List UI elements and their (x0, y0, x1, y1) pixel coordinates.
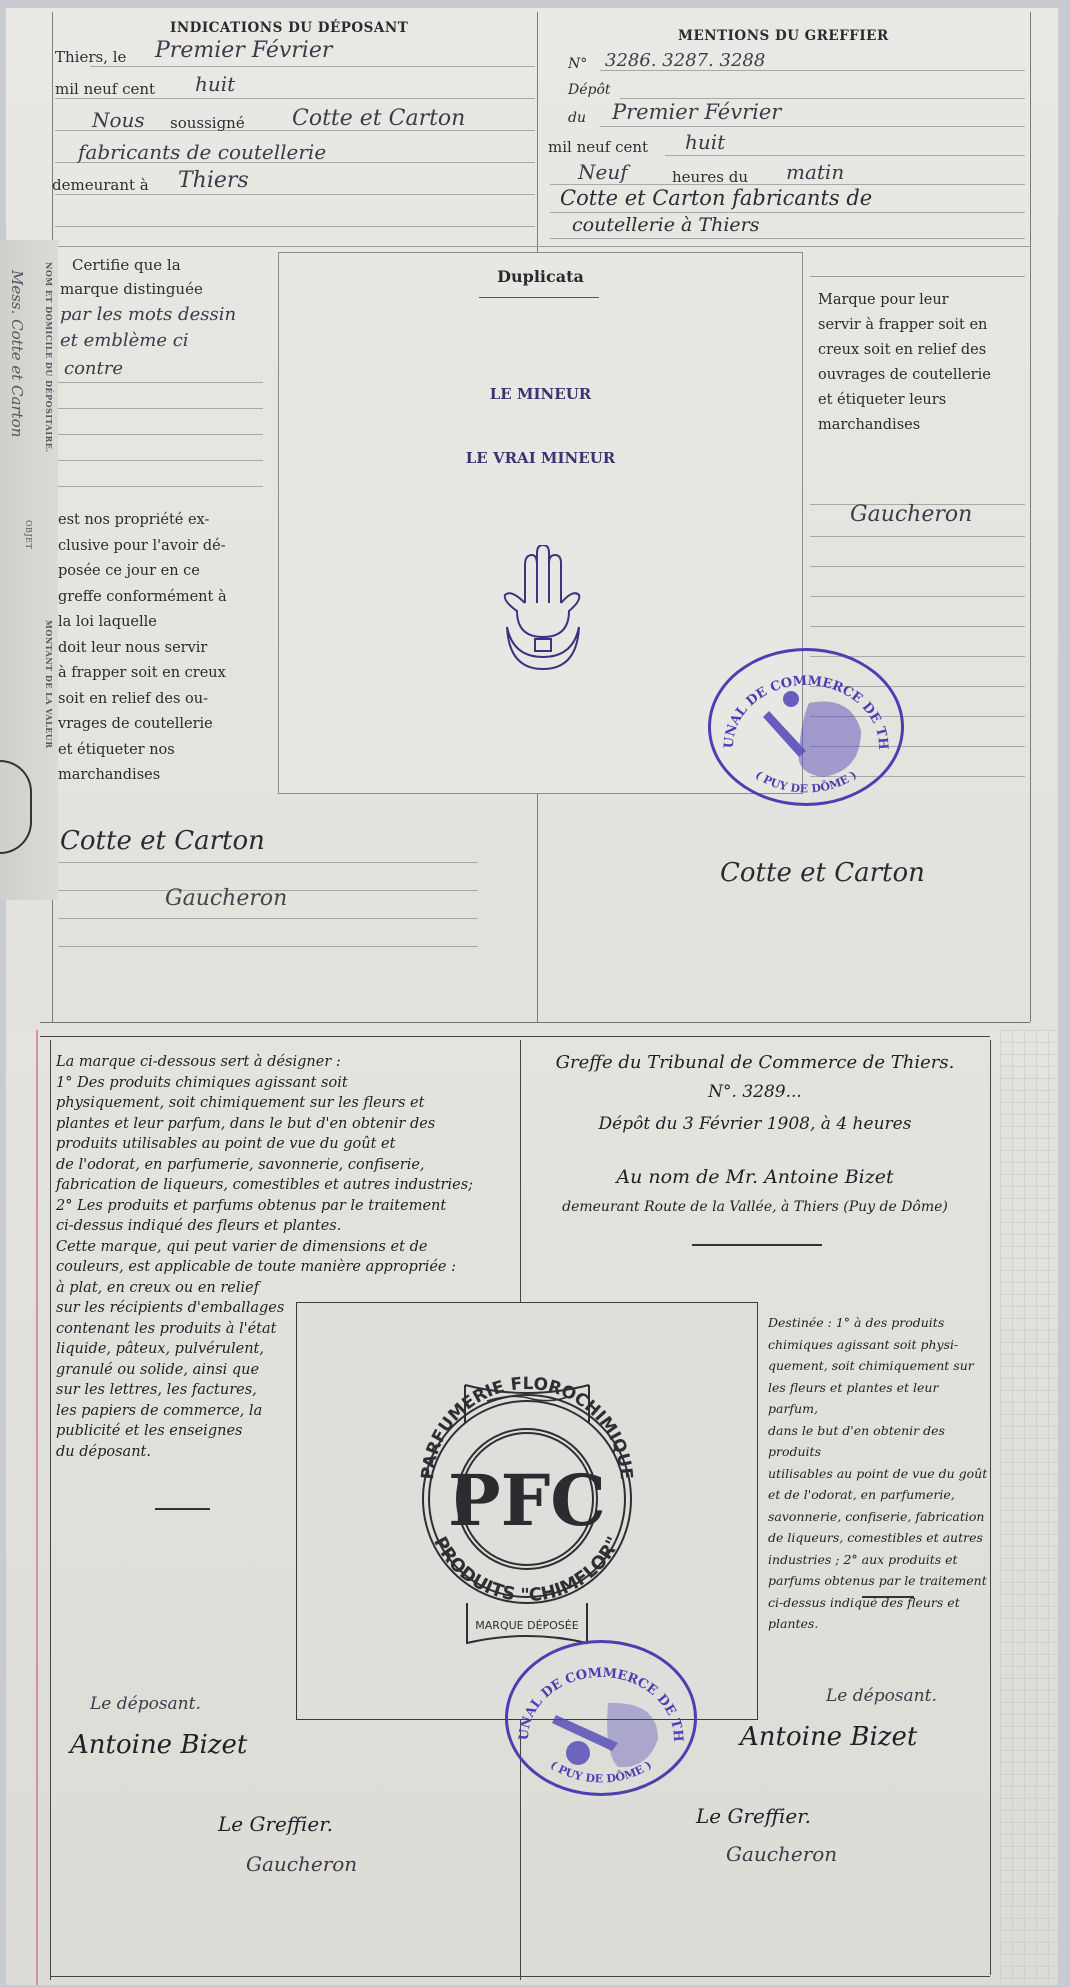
depot-label: Dépôt (568, 82, 611, 98)
right-desc-line: et étiqueter leurs (818, 388, 1028, 413)
pfc-monogram: PFC (448, 1459, 606, 1542)
bottom-right-text-line: chimiques agissant soit physi- (768, 1334, 988, 1356)
soussigne-prefix: Nous (92, 108, 145, 132)
bottom-left-text-line: La marque ci-dessous sert à désigner : (56, 1052, 524, 1073)
cert-body-line: soit en relief des ou- (58, 687, 268, 713)
svg-text:TRIBUNAL DE COMMERCE DE THIERS: TRIBUNAL DE COMMERCE DE THIERS (508, 1643, 685, 1742)
du-label: du (568, 110, 586, 126)
right-desc-line: marchandises (818, 413, 1028, 438)
greffier-applicant-line1: Cotte et Carton fabricants de (560, 186, 872, 210)
bottom-right-text-line: utilisables au point de vue du goût (768, 1463, 988, 1485)
marque-deposee-banner: MARQUE DÉPOSÉE (475, 1619, 578, 1632)
greffe-title: Greffe du Tribunal de Commerce de Thiers… (520, 1050, 990, 1076)
registration-numbers: 3286. 3287. 3288 (605, 50, 765, 71)
right-desc-line: creux soit en relief des (818, 338, 1028, 363)
bottom-left-text-line: de l'odorat, en parfumerie, savonnerie, … (56, 1155, 524, 1176)
year-value: huit (195, 72, 235, 96)
certification-body: est nos propriété ex-clusive pour l'avoi… (58, 508, 268, 789)
bottom-left-text-line: 2° Les produits et parfums obtenus par l… (56, 1196, 524, 1217)
bottom-right-text-line: et de l'odorat, en parfumerie, (768, 1484, 988, 1506)
right-greffier-name: Gaucheron (726, 1842, 837, 1866)
top-bottom-border (40, 1022, 1030, 1023)
address-value: Thiers (178, 168, 249, 193)
hamsa-hand-crescent-icon (487, 545, 597, 675)
left-greffier-name: Gaucheron (246, 1852, 357, 1876)
cert-line1: Certifie que la (72, 256, 181, 274)
bottom-left-text-line: à plat, en creux ou en relief (56, 1278, 524, 1299)
top-section-divider (52, 246, 1030, 247)
destination-text: Destinée : 1° à des produitschimiques ag… (768, 1312, 988, 1635)
address-label: demeurant à (52, 176, 149, 194)
greffier-year-value: huit (685, 130, 725, 154)
bottom-left-text-line: physiquement, soit chimiquement sur les … (56, 1093, 524, 1114)
greffier-applicant-line2: coutellerie à Thiers (572, 214, 759, 236)
left-deposant-label: Le déposant. (90, 1694, 201, 1714)
bottom-left-border (50, 1040, 51, 1980)
left-greffier-label: Le Greffier. (218, 1812, 333, 1836)
cert-body-line: la loi laquelle (58, 610, 268, 636)
greffe-rule (692, 1244, 822, 1246)
right-desc-line: ouvrages de coutellerie (818, 363, 1028, 388)
bottom-top-border (40, 1036, 990, 1037)
svg-text:( PUY DE DÔME ): ( PUY DE DÔME ) (753, 768, 859, 795)
greffe-name-line: Au nom de Mr. Antoine Bizet (520, 1164, 990, 1191)
tribunal-stamp-top: TRIBUNAL DE COMMERCE DE THIERS ( PUY DE … (708, 648, 904, 806)
hour-period: matin (786, 160, 844, 184)
right-desc-line: Marque pour leur (818, 288, 1028, 313)
bottom-right-text-line: ci-dessus indiqué des fleurs et (768, 1592, 988, 1614)
tribunal-stamp-bottom: TRIBUNAL DE COMMERCE DE THIERS ( PUY DE … (505, 1640, 697, 1796)
bottom-bottom-border (50, 1976, 990, 1977)
cert-body-line: vrages de coutellerie (58, 712, 268, 738)
bottom-right-border (990, 1040, 991, 1975)
side-vertical-text-top: NOM ET DOMICILE DU DÉPOSITAIRE. (44, 262, 54, 453)
left-greffier-signature: Gaucheron (165, 886, 287, 911)
bottom-left-text-line: plantes et leur parfum, dans le but d'en… (56, 1114, 524, 1135)
right-desc-line: servir à frapper soit en (818, 313, 1028, 338)
right-text-rule (862, 1596, 914, 1598)
bottom-right-text-line: quement, soit chimiquement sur (768, 1355, 988, 1377)
bottom-right-text-line: dans le but d'en obtenir des produits (768, 1420, 988, 1463)
bottom-right-text-line: parfums obtenus par le traitement (768, 1570, 988, 1592)
cert-line4: et emblème ci (60, 330, 189, 351)
top-right-border (1030, 12, 1031, 1022)
mark-line-2: LE VRAI MINEUR (279, 449, 802, 467)
bottom-right-text-line: industries ; 2° aux produits et (768, 1549, 988, 1571)
cert-body-line: clusive pour l'avoir dé- (58, 534, 268, 560)
duplicata-title: Duplicata (279, 267, 802, 286)
side-handwritten: Mess. Cotte et Carton (8, 270, 26, 437)
bottom-right-text-line: Destinée : 1° à des produits (768, 1312, 988, 1334)
right-greffier-signature: Gaucheron (850, 502, 972, 527)
cert-body-line: est nos propriété ex- (58, 508, 268, 534)
soussigne-value: Cotte et Carton (292, 106, 465, 131)
cert-body-line: doit leur nous servir (58, 636, 268, 662)
year-label: mil neuf cent (55, 80, 155, 98)
cert-line5: contre (64, 358, 123, 379)
greffier-year-label: mil neuf cent (548, 138, 648, 156)
bottom-left-text-line: couleurs, est applicable de toute manièr… (56, 1257, 524, 1278)
cert-body-line: à frapper soit en creux (58, 661, 268, 687)
objet-label: OBJET (24, 520, 33, 549)
right-deposant-name: Antoine Bizet (740, 1722, 917, 1752)
right-deposant-label: Le déposant. (826, 1686, 937, 1706)
greffe-depot-date: Dépôt du 3 Février 1908, à 4 heures (520, 1112, 990, 1136)
bottom-right-text-line: savonnerie, confiserie, fabrication (768, 1506, 988, 1528)
bottom-left-text-line: fabrication de liqueurs, comestibles et … (56, 1175, 524, 1196)
place-date-value: Premier Février (155, 38, 332, 63)
hour-value: Neuf (578, 160, 628, 184)
right-description: Marque pour leurservir à frapper soit en… (818, 288, 1028, 438)
cert-line3: par les mots dessin (60, 304, 236, 325)
greffe-number: N°. 3289... (520, 1080, 990, 1104)
bottom-left-text-line: Cette marque, qui peut varier de dimensi… (56, 1237, 524, 1258)
right-deposant-signature: Cotte et Carton (720, 858, 925, 888)
right-greffier-label: Le Greffier. (696, 1804, 811, 1828)
mark-line-1: LE MINEUR (279, 385, 802, 403)
hour-label: heures du (672, 168, 748, 186)
bottom-right-text-line: plantes. (768, 1613, 988, 1635)
margin-grid (1000, 1030, 1058, 1985)
cert-body-line: posée ce jour en ce (58, 559, 268, 585)
place-label: Thiers, le (55, 48, 126, 66)
soussigne-label: soussigné (170, 114, 245, 132)
bottom-right-text-line: les fleurs et plantes et leur parfum, (768, 1377, 988, 1420)
left-text-rule (155, 1508, 210, 1510)
greffe-address-line: demeurant Route de la Vallée, à Thiers (… (520, 1198, 990, 1218)
cert-body-line: greffe conformément à (58, 585, 268, 611)
profession-value: fabricants de coutellerie (78, 140, 326, 164)
bottom-right-text-line: de liqueurs, comestibles et autres (768, 1527, 988, 1549)
deposant-header: INDICATIONS DU DÉPOSANT (170, 20, 408, 36)
greffier-date-value: Premier Février (612, 100, 781, 124)
cert-body-line: et étiqueter nos (58, 738, 268, 764)
left-deposant-name: Antoine Bizet (70, 1730, 247, 1760)
side-vertical-text-bottom: MONTANT DE LA VALEUR (44, 620, 54, 749)
bottom-left-text-line: ci-dessus indiqué des fleurs et plantes. (56, 1216, 524, 1237)
number-label: N° (568, 56, 587, 72)
left-deposant-signature: Cotte et Carton (60, 826, 265, 856)
cert-body-line: marchandises (58, 763, 268, 789)
duplicata-rule (479, 297, 599, 298)
bottom-left-text-line: 1° Des produits chimiques agissant soit (56, 1073, 524, 1094)
greffier-header: MENTIONS DU GREFFIER (678, 28, 889, 44)
bottom-left-text-line: produits utilisables au point de vue du … (56, 1134, 524, 1155)
cert-line2: marque distinguée (60, 280, 203, 298)
margin-line (36, 1030, 38, 1985)
